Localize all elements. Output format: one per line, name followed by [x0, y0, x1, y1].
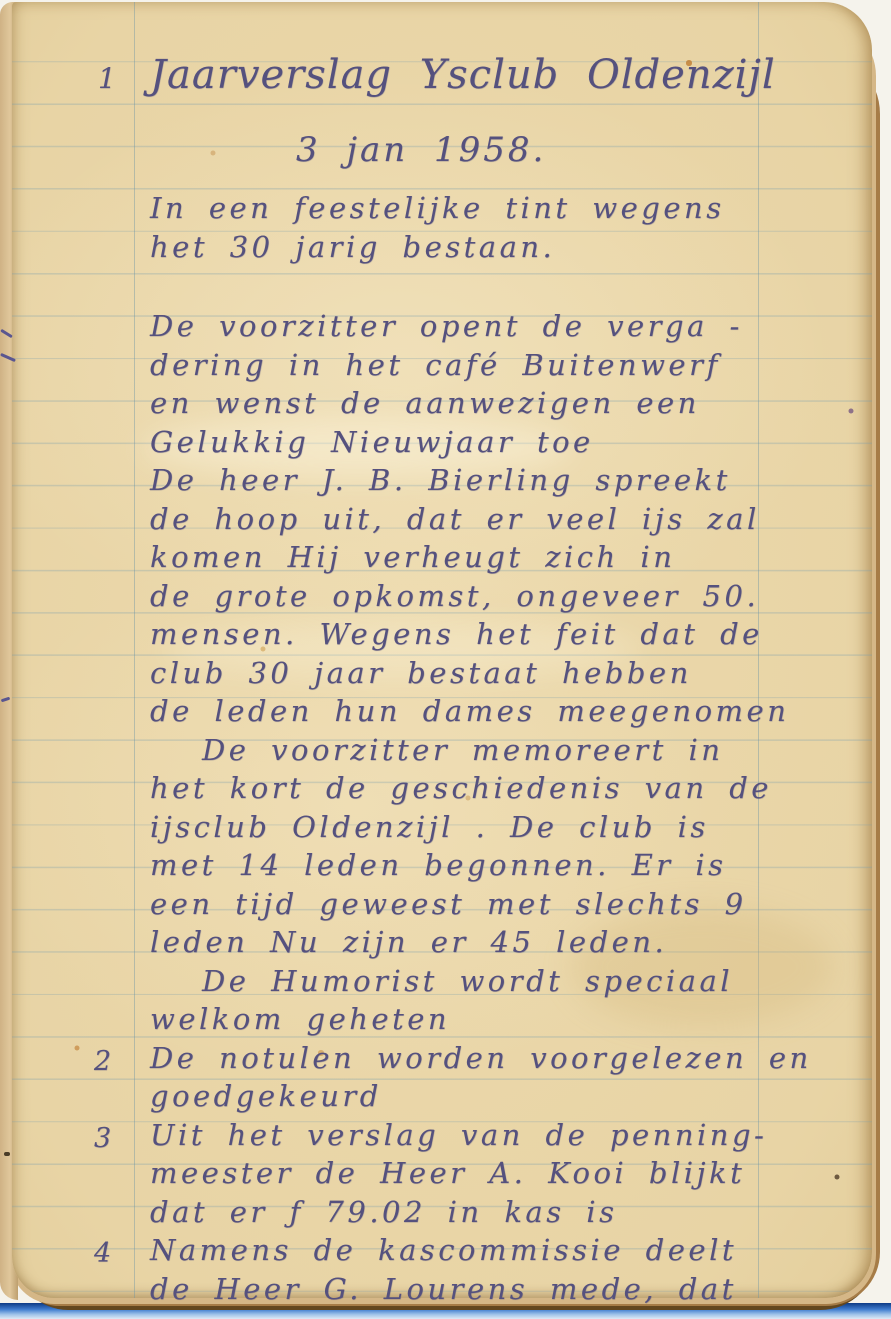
page-title-row: 1 Jaarverslag Ysclub Oldenzijl [150, 52, 776, 98]
paragraph: 4Namens de kascommissie deeltde Heer G. … [150, 1231, 830, 1308]
handwriting-line: en wenst de aanwezigen een [150, 384, 830, 423]
handwriting-line: ijsclub Oldenzijl . De club is [150, 808, 830, 847]
handwriting-line: De Humorist wordt speciaal [150, 962, 830, 1001]
handwriting-line: welkom geheten [150, 1000, 830, 1039]
handwriting-line: het 30 jarig bestaan. [150, 228, 830, 267]
handwriting-line: De notulen worden voorgelezen en [150, 1039, 830, 1078]
handwriting-line: de grote opkomst, ongeveer 50. [150, 577, 830, 616]
margin-line-left [134, 2, 135, 1298]
handwriting-line: Uit het verslag van de penning- [150, 1116, 830, 1155]
paragraph: De Humorist wordt speciaalwelkom geheten [150, 962, 830, 1039]
handwriting-line: club 30 jaar bestaat hebben [150, 654, 830, 693]
handwriting-line: meester de Heer A. Kooi blijkt [150, 1154, 830, 1193]
title-margin-number: 1 [98, 62, 117, 95]
handwriting-line: leden Nu zijn er 45 leden. [150, 923, 830, 962]
page-title: Jaarverslag Ysclub Oldenzijl [150, 52, 776, 98]
paragraph: 2De notulen worden voorgelezen engoedgek… [150, 1039, 830, 1116]
handwriting-line: In een feestelijke tint wegens [150, 189, 830, 228]
handwriting-line: het kort de geschiedenis van de [150, 769, 830, 808]
handwriting-line: mensen. Wegens het feit dat de [150, 615, 830, 654]
paragraph: In een feestelijke tint wegenshet 30 jar… [150, 189, 830, 266]
handwriting-line: De voorzitter opent de verga - [150, 307, 830, 346]
handwriting-line: de Heer G. Lourens mede, dat [150, 1270, 830, 1309]
paragraph: 3Uit het verslag van de penning-meester … [150, 1116, 830, 1232]
handwriting-paragraphs: In een feestelijke tint wegenshet 30 jar… [150, 189, 830, 1308]
handwriting-line: de leden hun dames meegenomen [150, 692, 830, 731]
ink-bleed-mark [4, 1152, 10, 1156]
paragraph: De voorzitter memoreert inhet kort de ge… [150, 731, 830, 962]
handwriting-line: een tijd geweest met slechts 9 [150, 885, 830, 924]
paragraph: De voorzitter opent de verga -dering in … [150, 307, 830, 731]
handwriting-line: goedgekeurd [150, 1077, 830, 1116]
margin-number: 4 [94, 1235, 111, 1274]
handwriting-line: dat er ƒ 79.02 in kas is [150, 1193, 830, 1232]
margin-number: 2 [94, 1043, 111, 1082]
margin-number: 3 [94, 1120, 111, 1159]
paper-speck [12, 2, 14, 4]
handwriting-line: Gelukkig Nieuwjaar toe [150, 423, 830, 462]
handwriting-line: dering in het café Buitenwerf [150, 346, 830, 385]
handwriting-line: de hoop uit, dat er veel ijs zal [150, 500, 830, 539]
handwriting-line: De heer J. B. Bierling spreekt [150, 461, 830, 500]
handwriting-line: De voorzitter memoreert in [150, 731, 830, 770]
handwriting-line: Namens de kascommissie deelt [150, 1231, 830, 1270]
handwriting-line: met 14 leden begonnen. Er is [150, 846, 830, 885]
page-date: 3 jan 1958. [296, 130, 546, 170]
handwriting-line: komen Hij verheugt zich in [150, 538, 830, 577]
